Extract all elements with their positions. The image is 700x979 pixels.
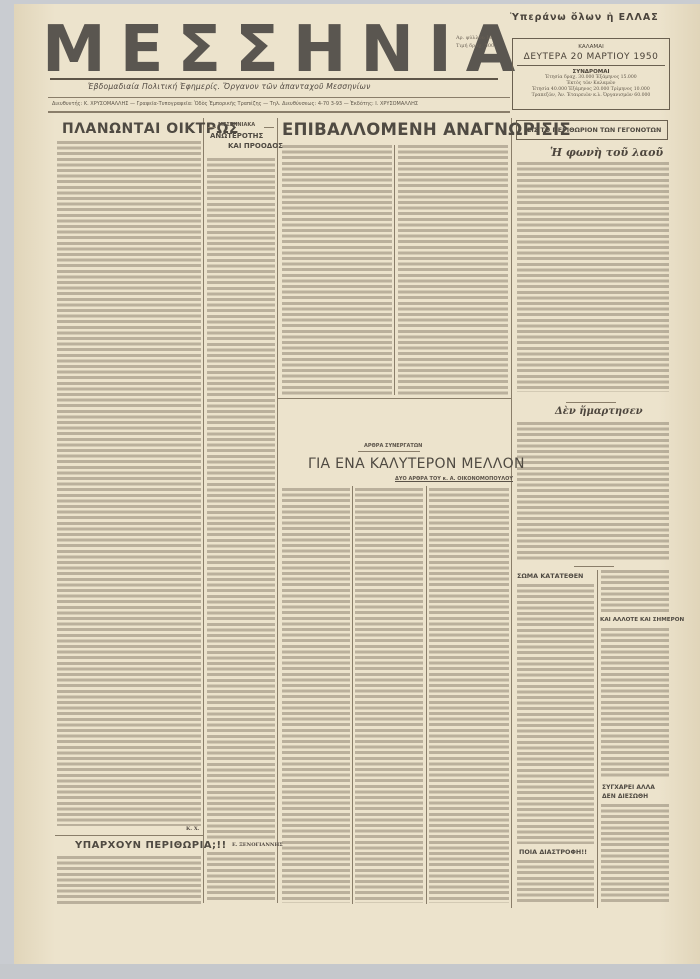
column-rule — [426, 486, 427, 904]
column-rule — [352, 486, 353, 904]
divider — [48, 111, 510, 113]
column-rule — [511, 118, 512, 908]
divider — [55, 835, 203, 836]
column-rule — [597, 570, 598, 908]
headline-kai-allote: ΚΑΙ ΑΛΛΟΤΕ ΚΑΙ ΣΗΜΕΡΟΝ — [600, 617, 684, 623]
article-body — [517, 422, 669, 562]
masthead-rule — [50, 78, 498, 80]
headline-soma-katatethen: ΣΩΜΑ ΚΑΤΑΤΕΘΕΝ — [517, 572, 583, 580]
masthead-slogan: Ὑπεράνω ὅλων ἡ ΕΛΛΑΣ — [510, 12, 659, 23]
article-body — [517, 584, 594, 844]
scan-background — [0, 964, 700, 979]
column-rule — [277, 118, 278, 903]
article-body — [57, 856, 201, 906]
article-body — [517, 860, 594, 904]
divider — [208, 127, 216, 128]
article-body — [517, 162, 669, 392]
article-signature: Κ. Χ. — [186, 826, 199, 832]
headline-sygxarei-1: ΣΥΓΧΑΡΕΙ ΑΛΛΑ — [602, 784, 655, 791]
headline-gia-ena-kalyteron-mellon: ΓΙΑ ΕΝΑ ΚΑΛΥΤΕΡΟΝ ΜΕΛΛΟΝ — [308, 456, 525, 472]
city: ΚΑΛΑΜΑΙ — [513, 44, 669, 50]
article-body — [282, 488, 350, 903]
article-body — [207, 852, 275, 902]
article-signature: Ε. ΞΕΝΟΓΙΑΝΝΗΣ — [232, 842, 283, 848]
headline-poia-diastrofi: ΠΟΙΑ ΔΙΑΣΤΡΟΦΗ!! — [519, 848, 587, 856]
issue-price: Τιμή δραχ. 500 — [456, 42, 494, 50]
date-box: ΚΑΛΑΜΑΙ ΔΕΥΤΕΡΑ 20 ΜΑΡΤΙΟΥ 1950 ΣΥΝΔΡΟΜΑ… — [512, 38, 670, 110]
feature-kicker: ΑΡΘΡΑ ΣΥΝΕΡΓΑΤΩΝ — [364, 443, 422, 449]
issue-info: Αρ. φύλλου 18 Τιμή δραχ. 500 — [456, 34, 494, 50]
section-kicker: ΜΕΣΣΗΝΙΑΚΑ — [218, 122, 255, 128]
article-body — [601, 628, 669, 778]
masthead-subtitle: Ἑβδομαδιαία Πολιτική Ἐφημερίς. Ὄργανον τ… — [88, 82, 371, 91]
issue-date: ΔΕΥΤΕΡΑ 20 ΜΑΡΤΙΟΥ 1950 — [517, 52, 665, 66]
issue-number: Αρ. φύλλου 18 — [456, 34, 494, 42]
article-body — [355, 488, 423, 903]
masthead-info-line: Διευθυντής: Κ. ΧΡΥΣΟΜΑΛΛΗΣ — Γραφεῖα-Τυπ… — [52, 101, 418, 107]
divider — [48, 97, 510, 98]
article-body — [429, 488, 509, 903]
article-body — [398, 145, 508, 395]
divider — [574, 566, 614, 567]
headline-anoterotis-1: ΑΝΩΤΕΡΟΤΗΣ — [210, 132, 263, 140]
article-body — [601, 804, 669, 904]
headline-yparxoun: ΥΠΑΡΧΟΥΝ ΠΕΡΙΘΩΡΙΑ;!! — [75, 840, 227, 851]
headline-sygxarei-2: ΔΕΝ ΔΙΕΣΩΘΗ — [602, 793, 648, 800]
column-rule — [394, 145, 395, 395]
headline-anoterotis-2: ΚΑΙ ΠΡΟΟΔΟΣ — [228, 142, 283, 150]
article-body — [282, 145, 392, 395]
column-rule — [203, 118, 204, 903]
article-body — [207, 158, 275, 840]
divider — [358, 451, 420, 452]
divider — [264, 127, 274, 128]
divider — [566, 402, 616, 403]
section-box-title: ΕΙΣ ΤΟ ΠΕΡΙΘΩΡΙΟΝ ΤΩΝ ΓΕΓΟΝΟΤΩΝ — [527, 126, 661, 134]
feature-byline: ΔΥΟ ΑΡΘΡΑ ΤΟΥ κ. Α. ΟΙΚΟΝΟΜΟΠΟΥΛΟΥ — [395, 476, 513, 482]
divider — [278, 398, 511, 399]
subscription-line: Τραπεζῶν, Ἀν. Ἑταιρειῶν κ.λ. Ὀργανισμῶν … — [513, 93, 669, 99]
masthead-title: ΜΕΣΣΗΝΙΑ — [42, 20, 442, 80]
headline-den-hmartisen: Δὲν ἥμαρτησεν — [555, 406, 643, 417]
article-body — [57, 141, 201, 826]
headline-fonh-tou-laou: Ἡ φωνὴ τοῦ λαοῦ — [550, 146, 663, 159]
article-body — [601, 570, 669, 614]
